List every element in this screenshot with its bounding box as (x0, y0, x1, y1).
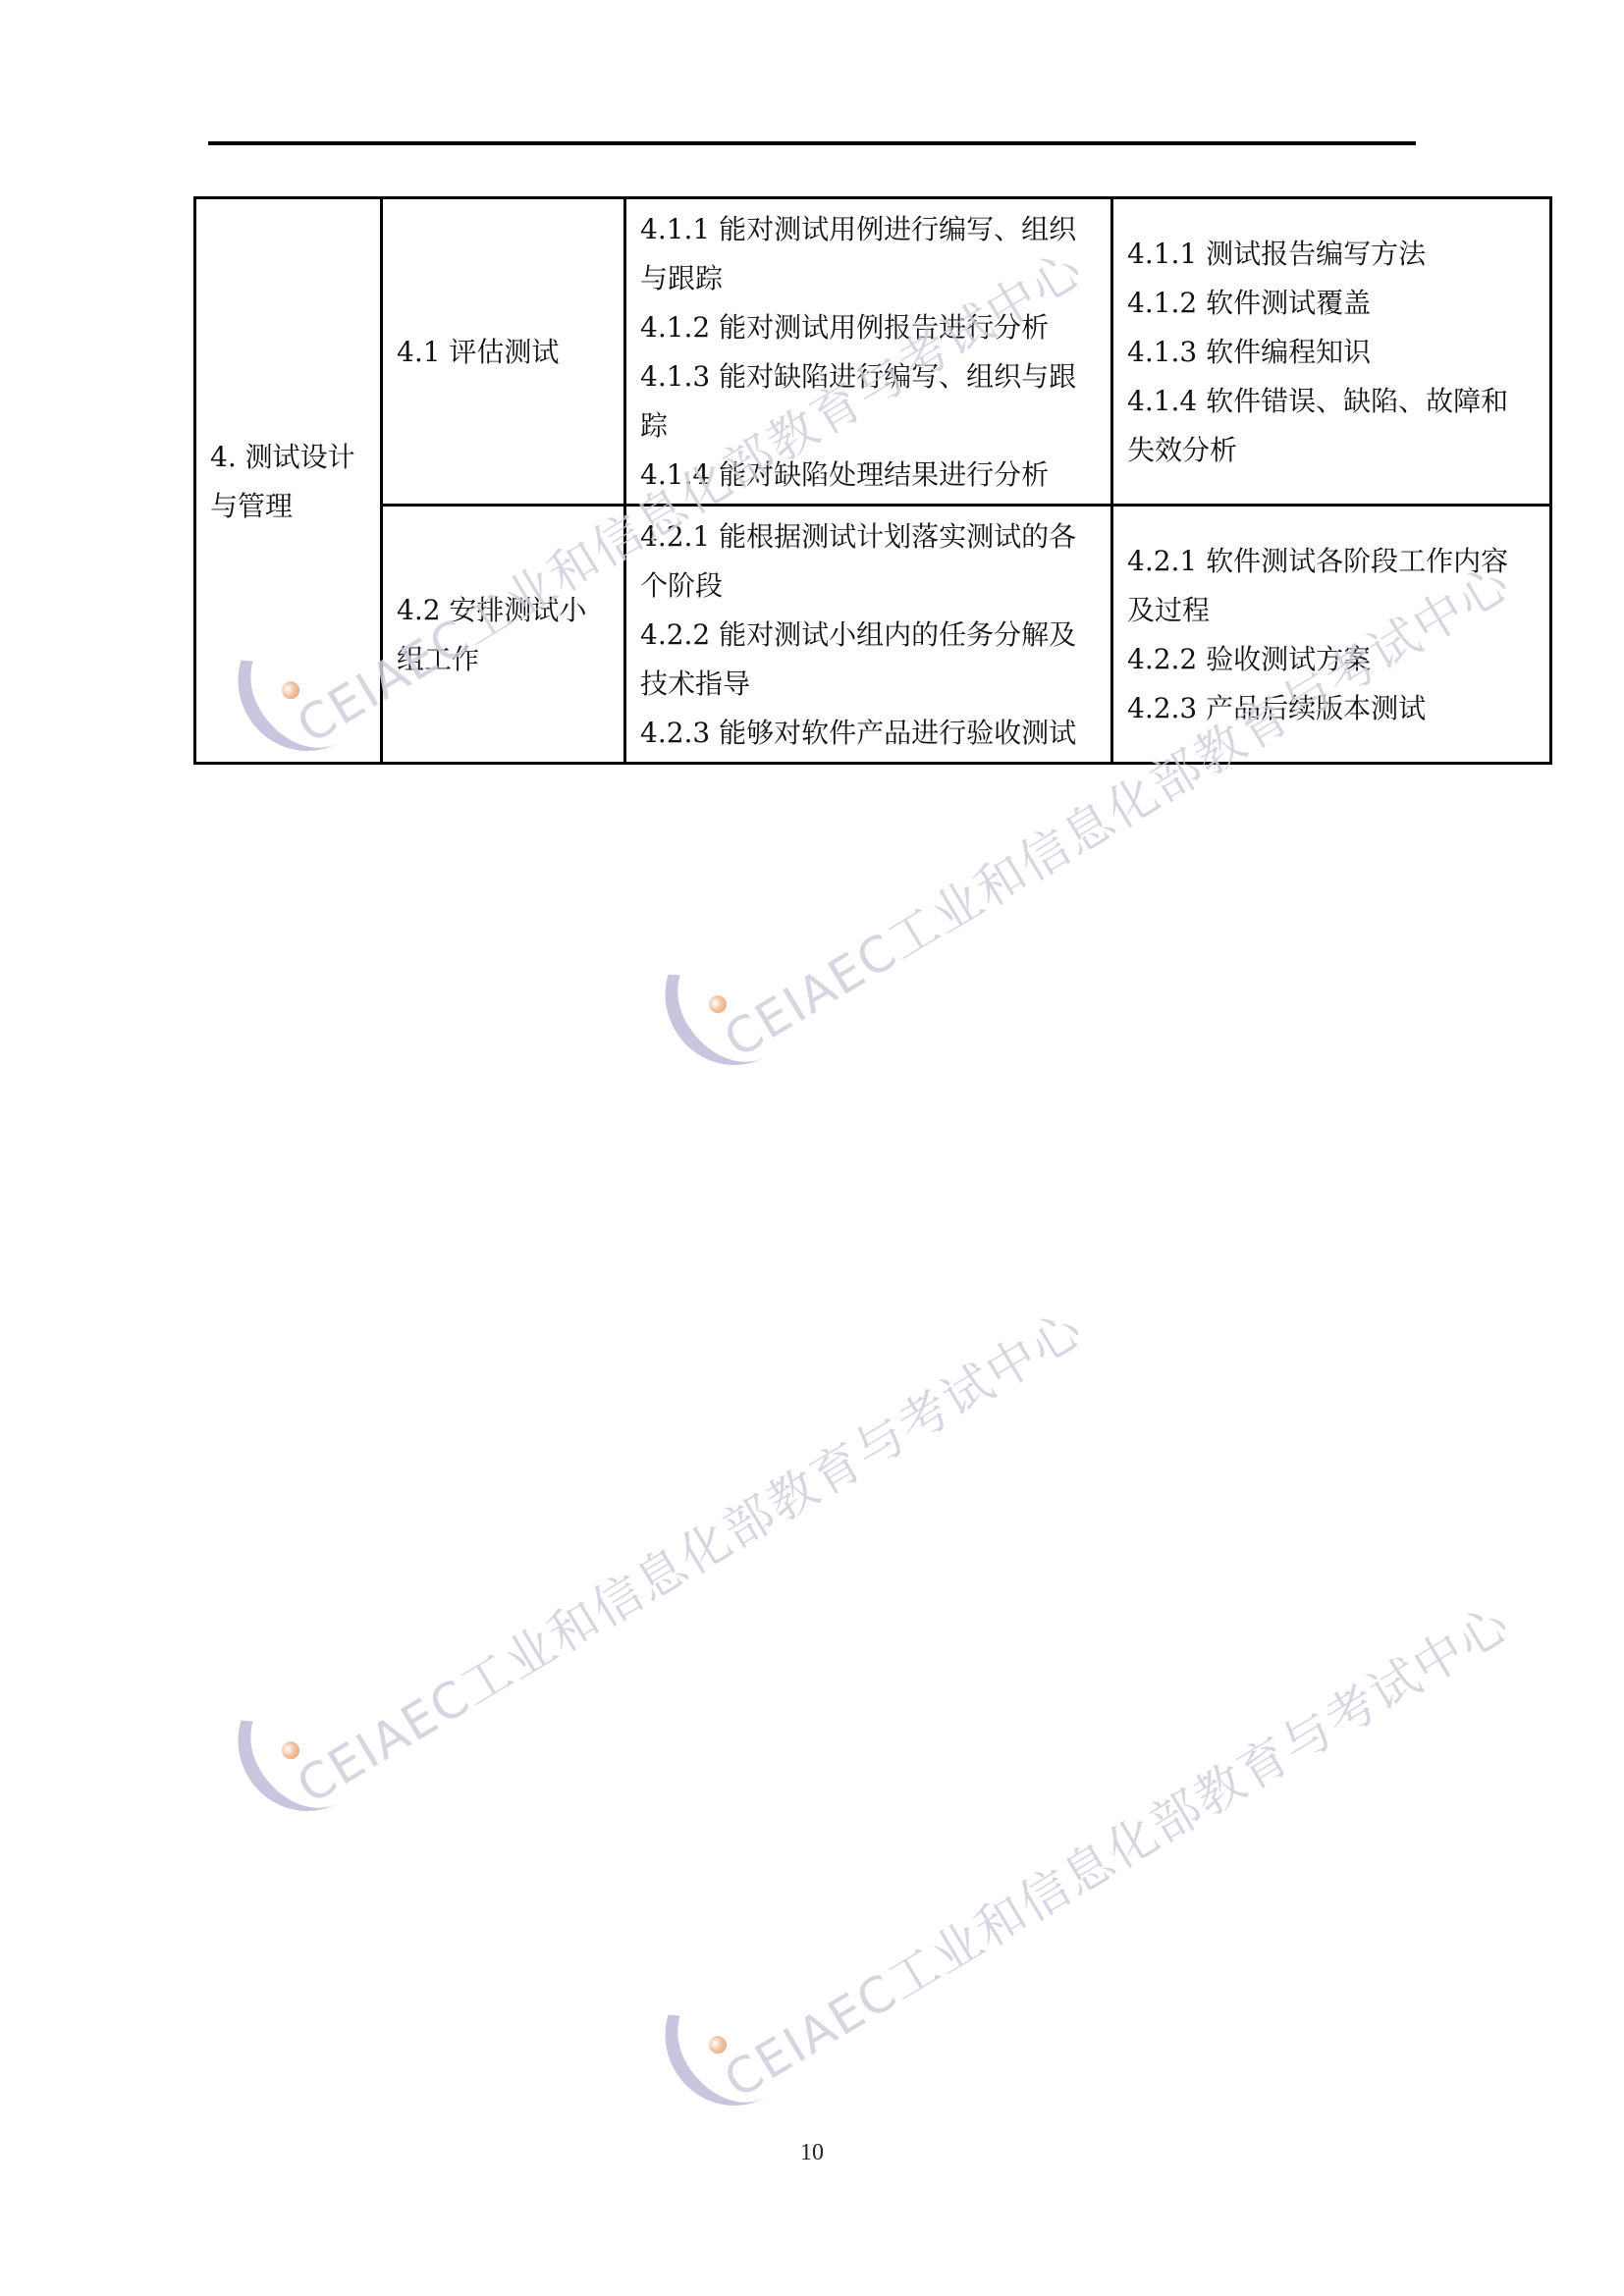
watermark-text: CEIAEC工业和信息化部教育与考试中心 (709, 1585, 1521, 2112)
page-number: 10 (0, 2140, 1624, 2166)
ability-item: 4.1.4 能对缺陷处理结果进行分析 (640, 451, 1097, 500)
watermark-ball-icon (279, 1738, 303, 1763)
watermark-logo-icon (640, 1945, 824, 2130)
ability-item: 4.2.2 能对测试小组内的任务分解及技术指导 (640, 611, 1097, 709)
table-row: 4.2 安排测试小组工作 4.2.1 能根据测试计划落实测试的各个阶段 4.2.… (195, 506, 1551, 764)
knowledge-item: 4.2.2 验收测试方案 (1127, 635, 1536, 684)
knowledge-item: 4.1.2 软件测试覆盖 (1127, 279, 1536, 328)
ability-item: 4.1.3 能对缺陷进行编写、组织与跟踪 (640, 352, 1097, 451)
subcategory-cell: 4.1 评估测试 (382, 198, 625, 506)
category-cell: 4. 测试设计与管理 (195, 198, 382, 764)
knowledge-item: 4.1.3 软件编程知识 (1127, 328, 1536, 377)
header-rule (208, 141, 1416, 145)
watermark-logo-icon (640, 904, 824, 1090)
competency-table: 4. 测试设计与管理 4.1 评估测试 4.1.1 能对测试用例进行编写、组织与… (193, 196, 1552, 765)
knowledge-item: 4.1.4 软件错误、缺陷、故障和失效分析 (1127, 377, 1536, 475)
abilities-cell: 4.2.1 能根据测试计划落实测试的各个阶段 4.2.2 能对测试小组内的任务分… (625, 506, 1112, 764)
abilities-cell: 4.1.1 能对测试用例进行编写、组织与跟踪 4.1.2 能对测试用例报告进行分… (625, 198, 1112, 506)
knowledge-item: 4.2.1 软件测试各阶段工作内容及过程 (1127, 537, 1536, 635)
ability-item: 4.1.1 能对测试用例进行编写、组织与跟踪 (640, 205, 1097, 303)
watermark-ball-icon (706, 2033, 731, 2057)
subcategory-cell: 4.2 安排测试小组工作 (382, 506, 625, 764)
watermark-ball-icon (706, 992, 731, 1017)
knowledge-cell: 4.1.1 测试报告编写方法 4.1.2 软件测试覆盖 4.1.3 软件编程知识… (1112, 198, 1551, 506)
knowledge-item: 4.1.1 测试报告编写方法 (1127, 230, 1536, 279)
ability-item: 4.1.2 能对测试用例报告进行分析 (640, 303, 1097, 352)
watermark-logo-icon (213, 1650, 397, 1836)
table-row: 4. 测试设计与管理 4.1 评估测试 4.1.1 能对测试用例进行编写、组织与… (195, 198, 1551, 506)
ability-item: 4.2.1 能根据测试计划落实测试的各个阶段 (640, 512, 1097, 611)
watermark-text: CEIAEC工业和信息化部教育与考试中心 (282, 1291, 1094, 1818)
knowledge-item: 4.2.3 产品后续版本测试 (1127, 684, 1536, 733)
knowledge-cell: 4.2.1 软件测试各阶段工作内容及过程 4.2.2 验收测试方案 4.2.3 … (1112, 506, 1551, 764)
ability-item: 4.2.3 能够对软件产品进行验收测试 (640, 709, 1097, 758)
